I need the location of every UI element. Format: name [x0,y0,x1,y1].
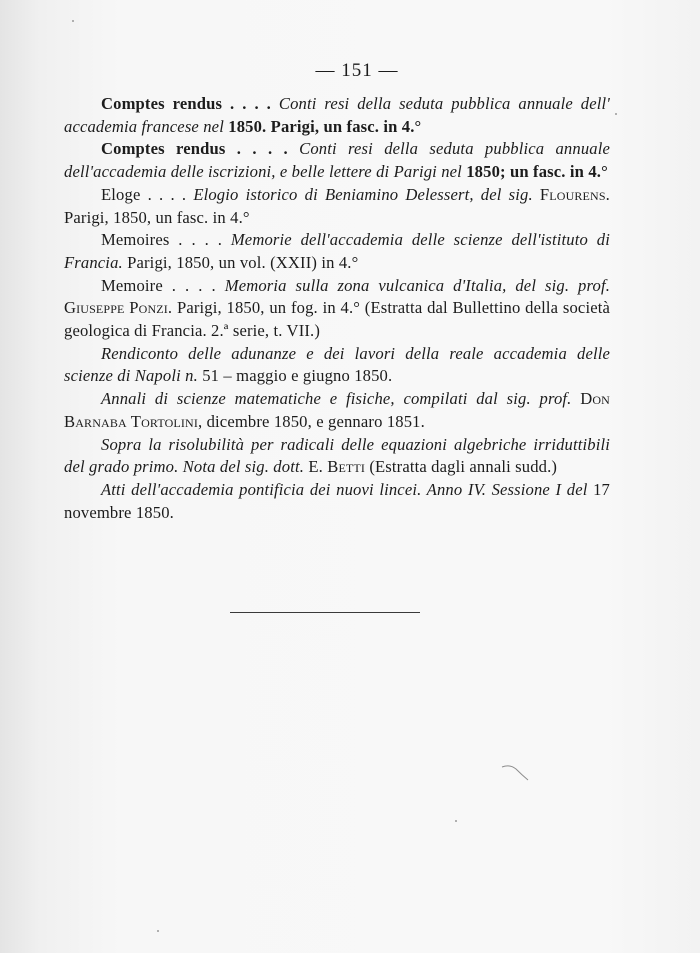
entry-details: (Estratta dagli annali sudd.) [365,457,557,476]
entry-lead: Memoire . . . . [101,276,225,295]
entry-details: , dicembre 1850, e gennaro 1851. [198,412,425,431]
bibliography-list: Comptes rendus . . . . Conti resi della … [64,93,610,524]
entry-author: E. Betti [308,457,365,476]
paper-speck [72,20,74,22]
paper-speck [615,113,617,115]
entry-details: 51 – maggio e giugno 1850. [198,366,392,385]
page-number: — 151 — [0,60,700,82]
entry-comptes-rendus-inscriptions: Comptes rendus . . . . Conti resi della … [64,138,610,183]
pen-stroke-mark [500,762,540,782]
entry-comptes-rendus-academie-francaise: Comptes rendus . . . . Conti resi della … [64,93,610,138]
entry-memoires-institut: Memoires . . . . Memorie dell'accademia … [64,229,610,274]
entry-lead: Eloge . . . . [101,185,193,204]
paper-speck [157,930,159,932]
entry-memoire-zona-vulcanica: Memoire . . . . Memoria sulla zona vulca… [64,275,610,343]
entry-lead: Comptes rendus . . . . [101,139,299,158]
entry-title: Memoria sulla zona vulcanica d'Italia, d… [225,276,610,295]
entry-author: Flourens [540,185,606,204]
entry-lead: Memoires . . . . [101,230,231,249]
entry-atti-lincei: Atti dell'accademia pontificia dei nuovi… [64,479,610,524]
entry-title: Elogio istorico di Beniamino Delessert, … [193,185,532,204]
entry-author: Giuseppe Ponzi [64,298,168,317]
entry-risolubilita-radicali: Sopra la risolubilità per radicali delle… [64,434,610,479]
entry-eloge-delessert: Eloge . . . . Elogio istorico di Beniami… [64,184,610,229]
entry-details: Parigi, 1850, un vol. (XXII) in 4.° [123,253,359,272]
entry-lead: Comptes rendus . . . . [101,94,279,113]
entry-annali-scienze: Annali di scienze matematiche e fisiche,… [64,388,610,433]
entry-title: Annali di scienze matematiche e fisiche,… [101,389,571,408]
paper-speck [455,820,457,822]
entry-rendiconto-napoli: Rendiconto delle adunanze e dei lavori d… [64,343,610,388]
section-divider [230,612,420,613]
entry-title: Atti dell'accademia pontificia dei nuovi… [101,480,588,499]
entry-details: 1850; un fasc. in 4.° [462,162,608,181]
entry-details: 1850. Parigi, un fasc. in 4.° [224,117,421,136]
